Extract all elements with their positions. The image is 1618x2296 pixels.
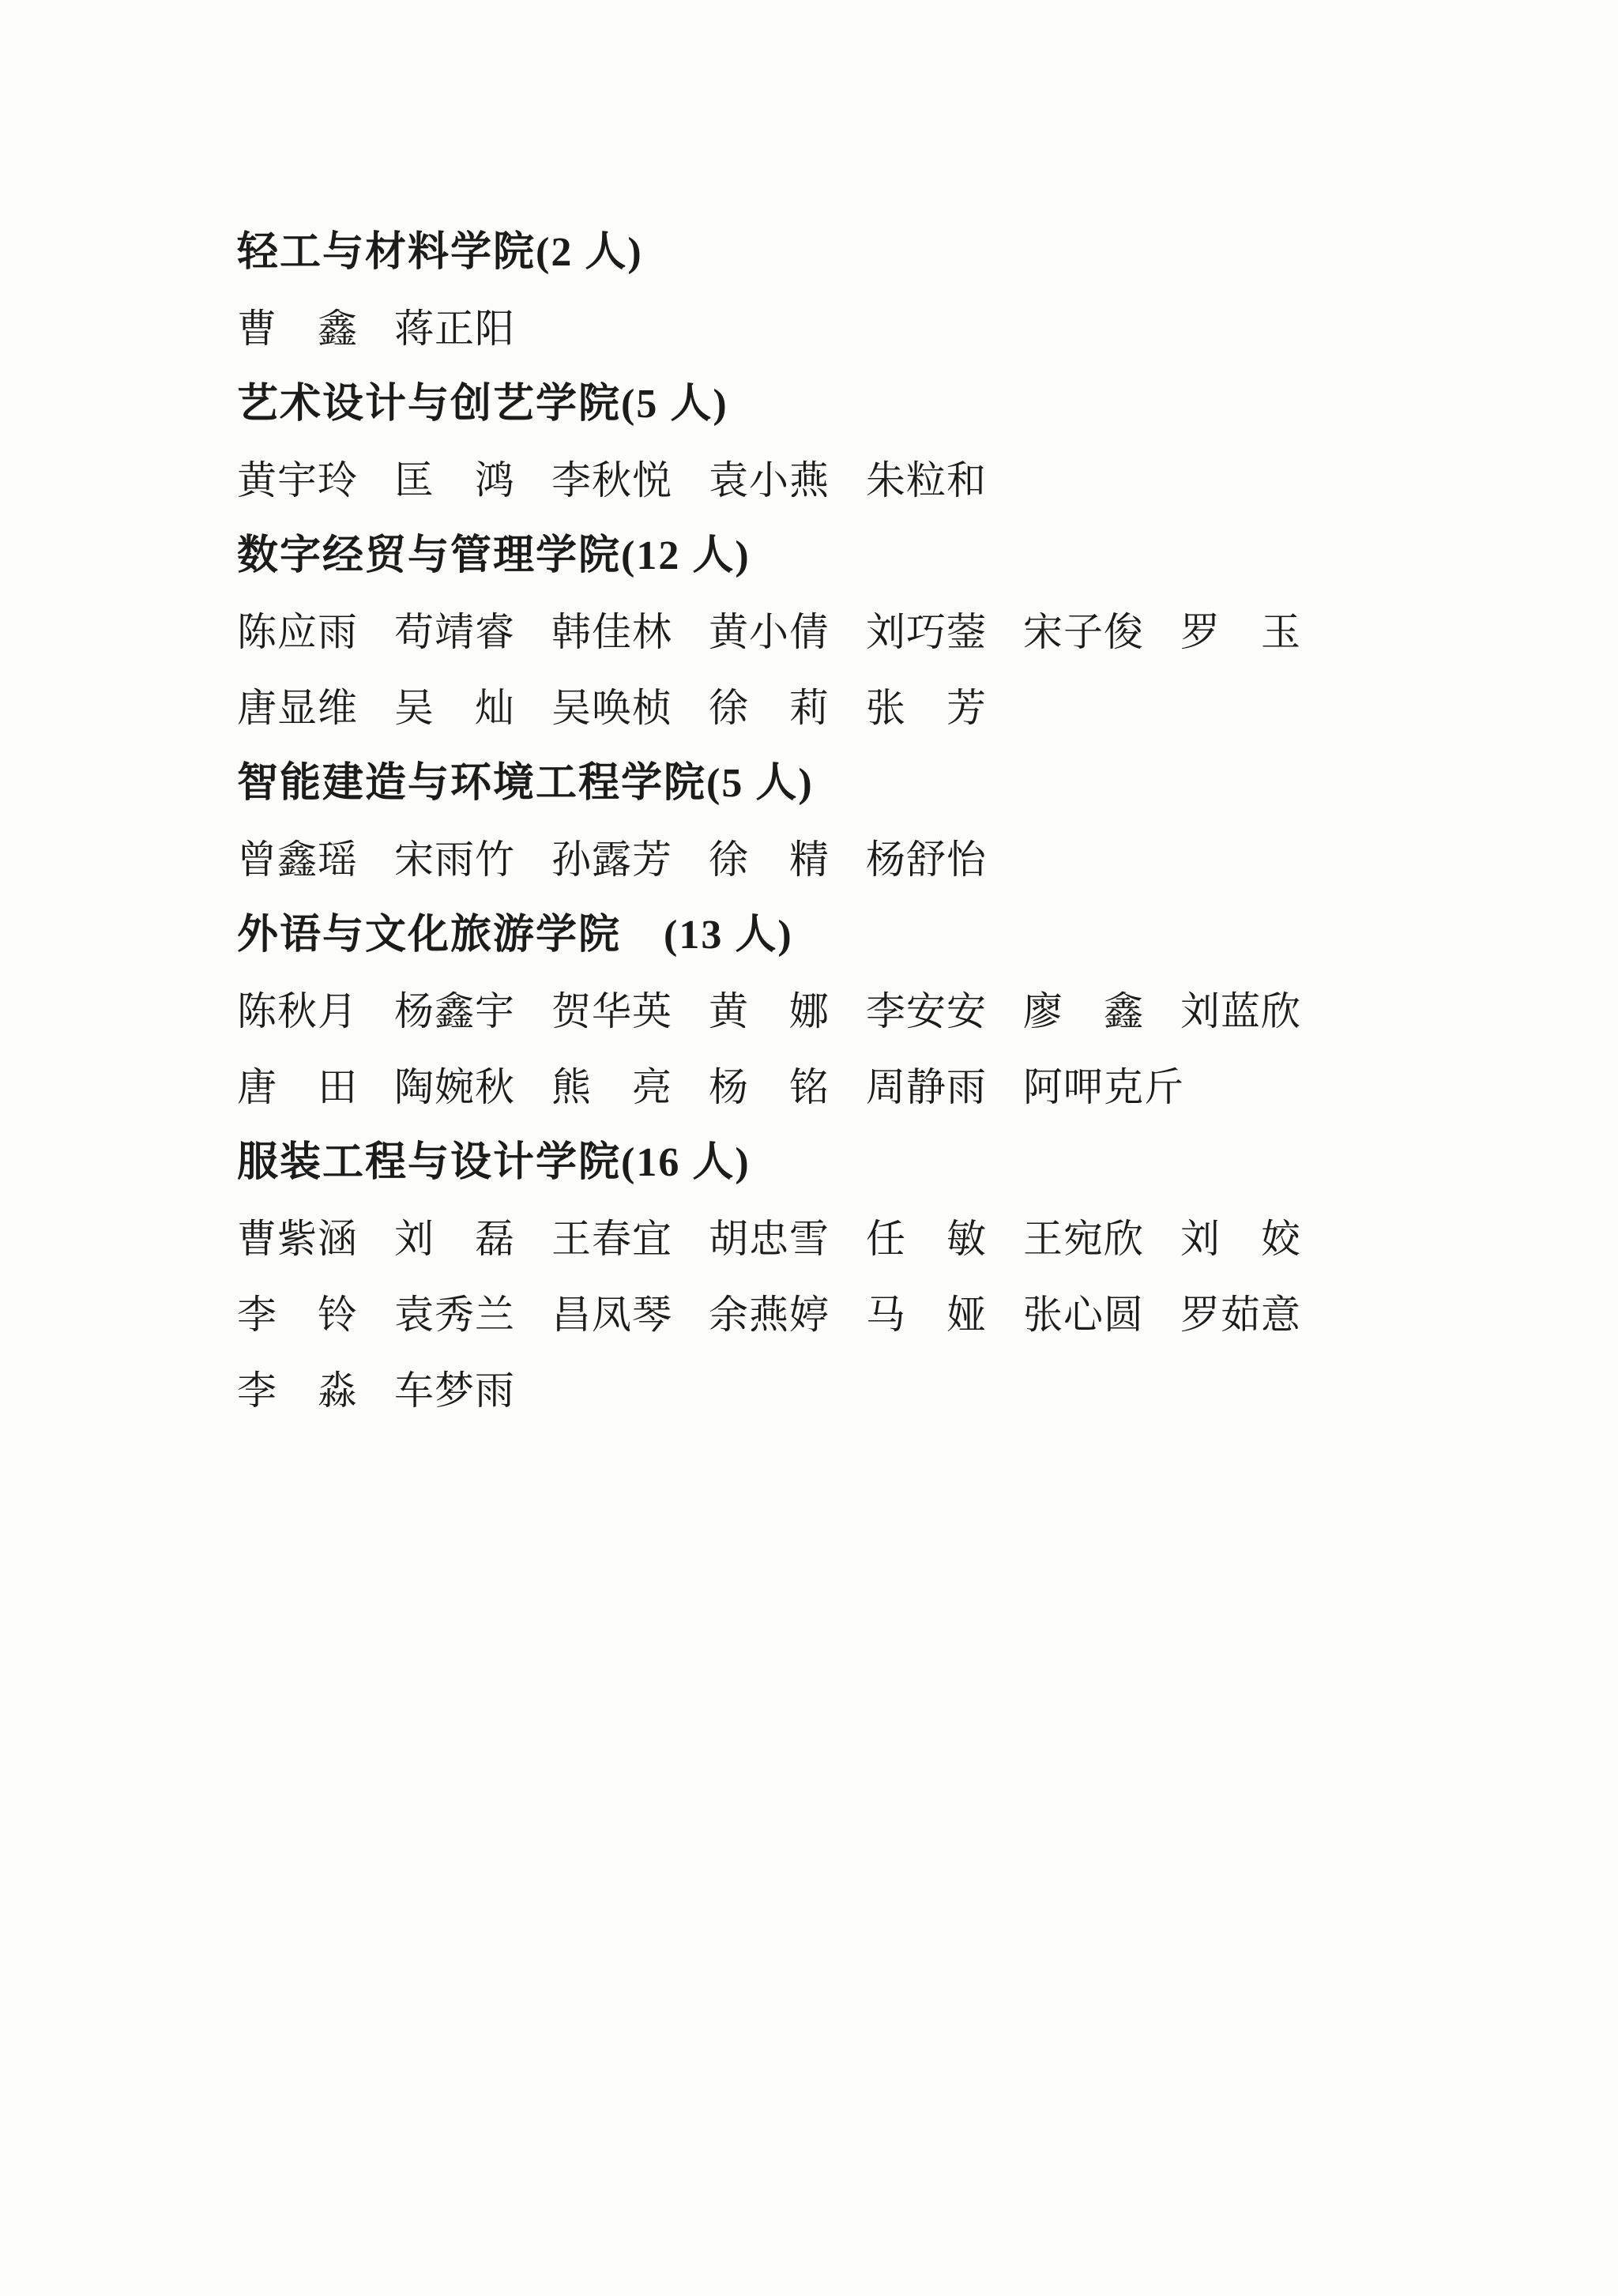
person-name: 黄宇玲 bbox=[237, 459, 358, 502]
person-name: 罗 玉 bbox=[1180, 611, 1301, 653]
person-name: 刘 姣 bbox=[1180, 1218, 1301, 1260]
person-name: 曾鑫瑶 bbox=[237, 838, 358, 881]
person-name: 李秋悦 bbox=[551, 459, 672, 502]
person-name: 曹紫涵 bbox=[237, 1218, 358, 1260]
section-heading: 外语与文化旅游学院 (13 人) bbox=[237, 914, 1406, 957]
person-name: 李 铃 bbox=[237, 1293, 358, 1336]
person-name: 吴 灿 bbox=[394, 687, 515, 729]
person-name: 韩佳林 bbox=[551, 611, 672, 653]
person-name: 苟靖睿 bbox=[394, 611, 515, 653]
person-name: 王春宜 bbox=[551, 1218, 672, 1260]
section-heading: 服装工程与设计学院(16 人) bbox=[237, 1142, 1406, 1184]
person-name: 杨 铭 bbox=[709, 1066, 830, 1108]
person-name: 袁秀兰 bbox=[394, 1293, 515, 1336]
name-row: 陈秋月杨鑫宇贺华英黄 娜李安安廖 鑫刘蓝欣 bbox=[237, 990, 1406, 1033]
person-name: 贺华英 bbox=[551, 990, 672, 1033]
person-name: 李安安 bbox=[866, 990, 987, 1033]
person-name: 罗茹意 bbox=[1180, 1293, 1301, 1336]
person-name: 朱粒和 bbox=[866, 459, 987, 502]
person-name: 陈应雨 bbox=[237, 611, 358, 653]
person-name: 刘蓝欣 bbox=[1180, 990, 1301, 1033]
person-name: 马 娅 bbox=[866, 1293, 987, 1336]
name-row: 黄宇玲匡 鸿李秋悦袁小燕朱粒和 bbox=[237, 459, 1406, 502]
section-heading: 智能建造与环境工程学院(5 人) bbox=[237, 762, 1406, 805]
person-name: 杨鑫宇 bbox=[394, 990, 515, 1033]
person-name: 唐 田 bbox=[237, 1066, 358, 1108]
person-name: 昌凤琴 bbox=[551, 1293, 672, 1336]
person-name: 唐显维 bbox=[237, 687, 358, 729]
person-name: 阿呷克斤 bbox=[1023, 1066, 1184, 1108]
person-name: 袁小燕 bbox=[709, 459, 830, 502]
name-row: 曹 鑫蒋正阳 bbox=[237, 307, 1406, 350]
name-row: 曾鑫瑶宋雨竹孙露芳徐 精杨舒怡 bbox=[237, 838, 1406, 881]
name-row: 唐 田陶婉秋熊 亮杨 铭周静雨阿呷克斤 bbox=[237, 1066, 1406, 1108]
person-name: 匡 鸿 bbox=[394, 459, 515, 502]
person-name: 刘巧蓥 bbox=[866, 611, 987, 653]
person-name: 王宛欣 bbox=[1023, 1218, 1144, 1260]
person-name: 廖 鑫 bbox=[1023, 990, 1144, 1033]
person-name: 刘 磊 bbox=[394, 1218, 515, 1260]
person-name: 徐 莉 bbox=[709, 687, 830, 729]
person-name: 任 敏 bbox=[866, 1218, 987, 1260]
section-heading: 轻工与材料学院(2 人) bbox=[237, 231, 1406, 274]
person-name: 曹 鑫 bbox=[237, 307, 358, 350]
section-heading: 艺术设计与创艺学院(5 人) bbox=[237, 383, 1406, 426]
person-name: 宋雨竹 bbox=[394, 838, 515, 881]
person-name: 黄 娜 bbox=[709, 990, 830, 1033]
person-name: 黄小倩 bbox=[709, 611, 830, 653]
name-row: 曹紫涵刘 磊王春宜胡忠雪任 敏王宛欣刘 姣 bbox=[237, 1218, 1406, 1260]
name-row: 陈应雨苟靖睿韩佳林黄小倩刘巧蓥宋子俊罗 玉 bbox=[237, 611, 1406, 653]
person-name: 徐 精 bbox=[709, 838, 830, 881]
person-name: 杨舒怡 bbox=[866, 838, 987, 881]
person-name: 陈秋月 bbox=[237, 990, 358, 1033]
person-name: 孙露芳 bbox=[551, 838, 672, 881]
person-name: 宋子俊 bbox=[1023, 611, 1144, 653]
name-row: 唐显维吴 灿吴唤桢徐 莉张 芳 bbox=[237, 687, 1406, 729]
person-name: 胡忠雪 bbox=[709, 1218, 830, 1260]
person-name: 吴唤桢 bbox=[551, 687, 672, 729]
name-row: 李 淼车梦雨 bbox=[237, 1369, 1406, 1412]
name-row: 李 铃袁秀兰昌凤琴余燕婷马 娅张心圆罗茹意 bbox=[237, 1293, 1406, 1336]
section-heading: 数字经贸与管理学院(12 人) bbox=[237, 535, 1406, 578]
college-name-list: 轻工与材料学院(2 人)曹 鑫蒋正阳艺术设计与创艺学院(5 人)黄宇玲匡 鸿李秋… bbox=[237, 231, 1406, 1445]
person-name: 周静雨 bbox=[866, 1066, 987, 1108]
person-name: 蒋正阳 bbox=[394, 307, 515, 350]
person-name: 张 芳 bbox=[866, 687, 987, 729]
person-name: 陶婉秋 bbox=[394, 1066, 515, 1108]
document-page: 轻工与材料学院(2 人)曹 鑫蒋正阳艺术设计与创艺学院(5 人)黄宇玲匡 鸿李秋… bbox=[0, 0, 1618, 2296]
person-name: 李 淼 bbox=[237, 1369, 358, 1412]
person-name: 余燕婷 bbox=[709, 1293, 830, 1336]
person-name: 熊 亮 bbox=[551, 1066, 672, 1108]
person-name: 张心圆 bbox=[1023, 1293, 1144, 1336]
person-name: 车梦雨 bbox=[394, 1369, 515, 1412]
